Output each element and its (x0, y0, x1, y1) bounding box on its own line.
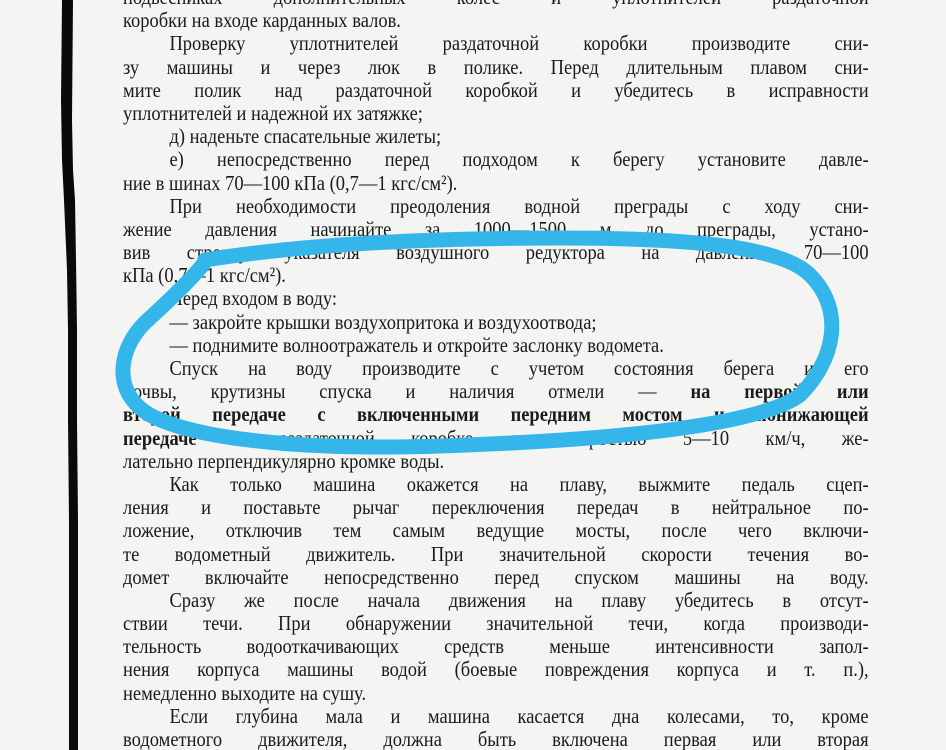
line-text: мите полик над раздаточной коробкой и уб… (123, 78, 869, 102)
text-line: Проверку уплотнителей раздаточной коробк… (123, 32, 869, 55)
text-line: тельность водооткачивающих средств меньш… (123, 635, 869, 658)
text-line: почвы, крутизны спуска и наличия отмели … (123, 380, 869, 403)
text-line: кПа (0,7—1 кгс/см²). (123, 264, 869, 287)
line-text: кПа (0,7—1 кгс/см²). (123, 263, 286, 287)
line-text: коробки на входе карданных валов. (123, 8, 401, 32)
line-text: При необходимости преодоления водной пре… (169, 194, 868, 218)
line-text: домет включайте непосредственно перед сп… (123, 565, 869, 589)
line-text: почвы, крутизны спуска и наличия отмели … (123, 379, 690, 403)
text-line: Как только машина окажется на плаву, выж… (123, 473, 869, 496)
line-text: — поднимите волноотражатель и откройте з… (169, 333, 663, 357)
line-text: ствии течи. При обнаружении значительной… (123, 611, 869, 635)
text-line: домет включайте непосредственно перед сп… (123, 566, 869, 589)
line-text: д) наденьте спасательные жилеты; (169, 124, 441, 148)
line-text: нения корпуса машины водой (боевые повре… (123, 657, 869, 681)
text-line: второй передаче с включенными передним м… (123, 403, 869, 426)
bold-text: на первой или (690, 379, 868, 403)
line-text: Если глубина мала и машина касается дна … (169, 704, 868, 728)
line-text: Перед входом в воду: (169, 286, 337, 310)
text-line: — поднимите волноотражатель и откройте з… (123, 334, 869, 357)
text-line: ние в шинах 70—100 кПа (0,7—1 кгс/см²). (123, 172, 869, 195)
bold-text: передаче (123, 426, 197, 450)
line-text: тельность водооткачивающих средств меньш… (123, 634, 869, 658)
line-text: ления и поставьте рычаг переключения пер… (123, 495, 869, 519)
text-line: уплотнителей и надежной их затяжке; (123, 102, 869, 125)
line-text: ние в шинах 70—100 кПа (0,7—1 кгс/см²). (123, 171, 457, 195)
text-line: е) непосредственно перед подходом к бере… (123, 148, 869, 171)
line-text: жение давления начинайте за 1000—1500 м … (123, 217, 869, 241)
text-line: Спуск на воду производите с учетом состо… (123, 357, 869, 380)
line-text: водометного движителя, должна быть включ… (123, 727, 869, 750)
line-text: Сразу же после начала движения на плаву … (169, 588, 868, 612)
line-text: Проверку уплотнителей раздаточной коробк… (169, 31, 868, 55)
text-line: жение давления начинайте за 1000—1500 м … (123, 218, 869, 241)
line-text: лательно перпендикулярно кромке воды. (123, 449, 444, 473)
text-line: мите полик над раздаточной коробкой и уб… (123, 79, 869, 102)
line-text: — закройте крышки воздухопритока и возду… (169, 310, 596, 334)
text-line: Перед входом в воду: (123, 287, 869, 310)
text-line: немедленно выходите на сушу. (123, 682, 869, 705)
line-text: зу машины и через люк в полике. Перед дл… (123, 55, 869, 79)
text-line: лательно перпендикулярно кромке воды. (123, 450, 869, 473)
line-text: уплотнителей и надежной их затяжке; (123, 101, 423, 125)
text-line: водометного движителя, должна быть включ… (123, 728, 869, 750)
text-line: вив стрелку указателя воздушного редукто… (123, 241, 869, 264)
line-text: Спуск на воду производите с учетом состо… (169, 356, 868, 380)
text-line: те водометный движитель. При значительно… (123, 543, 869, 566)
scanned-page-text: подвесниках дополнительных колес и уплот… (123, 0, 869, 750)
text-line: ложение, отключив тем самым ведущие мост… (123, 519, 869, 542)
line-text: вив стрелку указателя воздушного редукто… (123, 240, 869, 264)
text-line: Если глубина мала и машина касается дна … (123, 705, 869, 728)
line-text: е) непосредственно перед подходом к бере… (169, 147, 868, 171)
line-text: те водометный движитель. При значительно… (123, 542, 869, 566)
text-line: — закройте крышки воздухопритока и возду… (123, 311, 869, 334)
text-line: ствии течи. При обнаружении значительной… (123, 612, 869, 635)
text-line: При необходимости преодоления водной пре… (123, 195, 869, 218)
line-text: в раздаточной коробке со скоростью 5—10 … (197, 426, 869, 450)
line-text: ложение, отключив тем самым ведущие мост… (123, 518, 869, 542)
text-line: д) наденьте спасательные жилеты; (123, 125, 869, 148)
text-line: зу машины и через люк в полике. Перед дл… (123, 56, 869, 79)
text-line: передаче в раздаточной коробке со скорос… (123, 427, 869, 450)
book-spine-edge (60, 0, 80, 750)
text-line: коробки на входе карданных валов. (123, 9, 869, 32)
bold-text: второй передаче с включенными передним м… (123, 402, 869, 426)
text-line: ления и поставьте рычаг переключения пер… (123, 496, 869, 519)
text-line: нения корпуса машины водой (боевые повре… (123, 658, 869, 681)
line-text: немедленно выходите на сушу. (123, 681, 366, 705)
text-line: Сразу же после начала движения на плаву … (123, 589, 869, 612)
line-text: Как только машина окажется на плаву, выж… (169, 472, 868, 496)
